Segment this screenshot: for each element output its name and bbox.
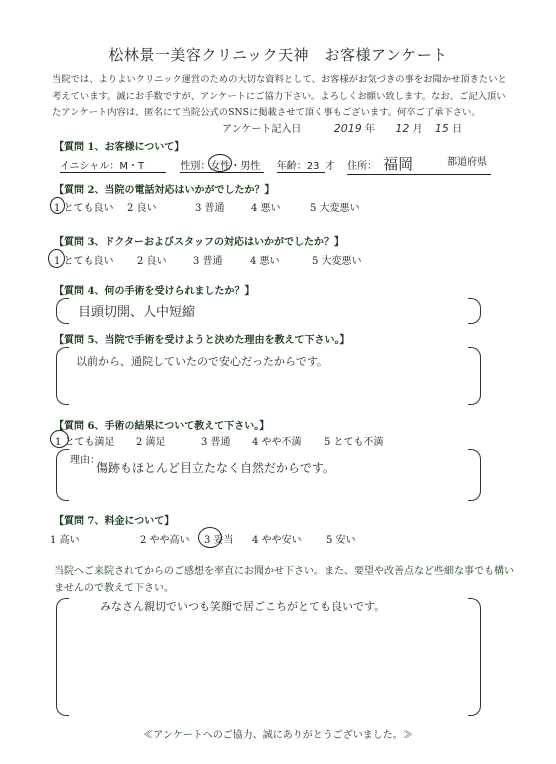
q6-reason: 傷跡もほとんど目立たなく自然だからです。 xyxy=(96,459,335,476)
gender-label: 性別： xyxy=(180,161,210,172)
comments-prompt: 当院へご来院されてからのご感想を率直にお聞かせ下さい。また、要望や改善点など些細… xyxy=(54,563,514,597)
q2-option-5[interactable]: 5 大変悪い xyxy=(310,199,360,214)
selection-circle xyxy=(198,527,222,548)
initial-label: イニシャル： xyxy=(60,161,119,172)
q6-options: 1 とても満足 2 満足 3 普通 4 やや不満 5 とても不満 xyxy=(52,433,512,449)
q3-options: 1 とても良い 2 良い 3 普通 4 悪い 5 大変悪い xyxy=(52,252,512,268)
date-day[interactable]: 15 xyxy=(435,122,449,135)
q1-fields: イニシャル：M・T 性別：女性・男性 年齢：23 才 住所：福岡 都道府県 xyxy=(60,153,491,175)
q4-answer: 目頭切開、人中短縮 xyxy=(78,301,195,320)
q2-options: 1 とても良い 2 良い 3 普通 4 悪い 5 大変悪い xyxy=(52,199,512,215)
month-unit: 月 xyxy=(413,124,423,135)
q1-heading: 【質問 1、お客様について】 xyxy=(54,138,184,153)
q2-heading: 【質問 2、当院の電話対応はいかがでしたか？】 xyxy=(54,181,274,196)
q7-heading: 【質問 7、料金について】 xyxy=(54,512,174,527)
gender-male-option[interactable]: 男性 xyxy=(240,161,260,172)
age-value: 23 xyxy=(307,161,320,172)
address-label: 住所： xyxy=(347,161,377,172)
gender-field[interactable]: 性別：女性・男性 xyxy=(180,157,264,173)
year-unit: 年 xyxy=(365,124,375,135)
comments-answer: みなさん親切でいつも笑顔で居ごこちがとても良いです。 xyxy=(100,598,385,614)
q2-option-4[interactable]: 4 悪い xyxy=(251,199,281,214)
address-field[interactable]: 住所：福岡 都道府県 xyxy=(347,153,491,175)
comments-answer-box[interactable]: みなさん親切でいつも笑顔で居ごこちがとても良いです。 xyxy=(56,598,481,716)
date-month[interactable]: 12 xyxy=(395,122,409,135)
q5-answer-box[interactable]: 以前から、通院していたので安心だったからです。 xyxy=(56,347,481,405)
q2-option-3[interactable]: 3 普通 xyxy=(195,199,225,214)
q4-heading: 【質問 4、何の手術を受けられましたか？】 xyxy=(54,282,254,297)
q5-answer: 以前から、通院していたので安心だったからです。 xyxy=(76,353,328,369)
date-label: アンケート記入日 xyxy=(222,124,301,135)
age-unit: 才 xyxy=(325,161,335,172)
selection-circle xyxy=(50,197,65,214)
q3-heading: 【質問 3、ドクターおよびスタッフの対応はいかがでしたか？】 xyxy=(54,233,344,248)
q6-option-2[interactable]: 2 満足 xyxy=(136,433,166,448)
q2-option-2[interactable]: 2 良い xyxy=(127,199,157,214)
survey-date: アンケート記入日 2019 年 12 月 15 日 xyxy=(222,120,462,135)
q6-reason-box[interactable]: 理由： 傷跡もほとんど目立たなく自然だからです。 xyxy=(56,449,481,501)
survey-title: 松林景一美容クリニック天神 お客様アンケート xyxy=(0,44,556,65)
q6-option-4[interactable]: 4 やや不満 xyxy=(252,433,302,448)
age-label: 年齢： xyxy=(277,161,307,172)
gender-female-option[interactable]: 女性 xyxy=(210,157,230,172)
q3-option-3[interactable]: 3 普通 xyxy=(193,252,223,267)
age-field[interactable]: 年齢：23 xyxy=(277,157,325,173)
q7-option-4[interactable]: 4 やや安い xyxy=(252,531,302,546)
q3-option-4[interactable]: 4 悪い xyxy=(250,252,280,267)
selection-circle xyxy=(48,249,65,268)
address-value: 福岡 xyxy=(383,155,413,173)
day-unit: 日 xyxy=(452,124,462,135)
initial-value: M・T xyxy=(119,161,144,172)
q3-option-5[interactable]: 5 大変悪い xyxy=(312,252,362,267)
thanks-footer: ≪アンケートへのご協力、誠にありがとうございました。≫ xyxy=(0,726,556,741)
date-year[interactable]: 2019 xyxy=(334,122,362,135)
selection-circle xyxy=(50,430,69,448)
q5-heading: 【質問 5、当院で手術を受けようと決めた理由を教えて下さい。】 xyxy=(54,331,349,346)
q7-options: 1 高い 2 やや高い 3 妥当 4 やや安い 5 安い xyxy=(50,531,510,547)
q6-option-3[interactable]: 3 普通 xyxy=(201,433,231,448)
q6-heading: 【質問 6、手術の結果について教えて下さい。】 xyxy=(54,417,269,432)
q7-option-1[interactable]: 1 高い xyxy=(50,531,80,546)
q4-answer-box[interactable]: 目頭切開、人中短縮 xyxy=(56,298,481,324)
initial-field[interactable]: イニシャル：M・T xyxy=(60,157,166,173)
q7-option-2[interactable]: 2 やや高い xyxy=(140,531,190,546)
q3-option-2[interactable]: 2 良い xyxy=(137,252,167,267)
address-unit: 都道府県 xyxy=(447,153,487,168)
intro-text: 当院では、よりよいクリニック運営のための大切な資料として、お客様がお気づきの事を… xyxy=(52,72,512,122)
q6-option-5[interactable]: 5 とても不満 xyxy=(324,433,384,448)
q7-option-5[interactable]: 5 安い xyxy=(326,531,356,546)
